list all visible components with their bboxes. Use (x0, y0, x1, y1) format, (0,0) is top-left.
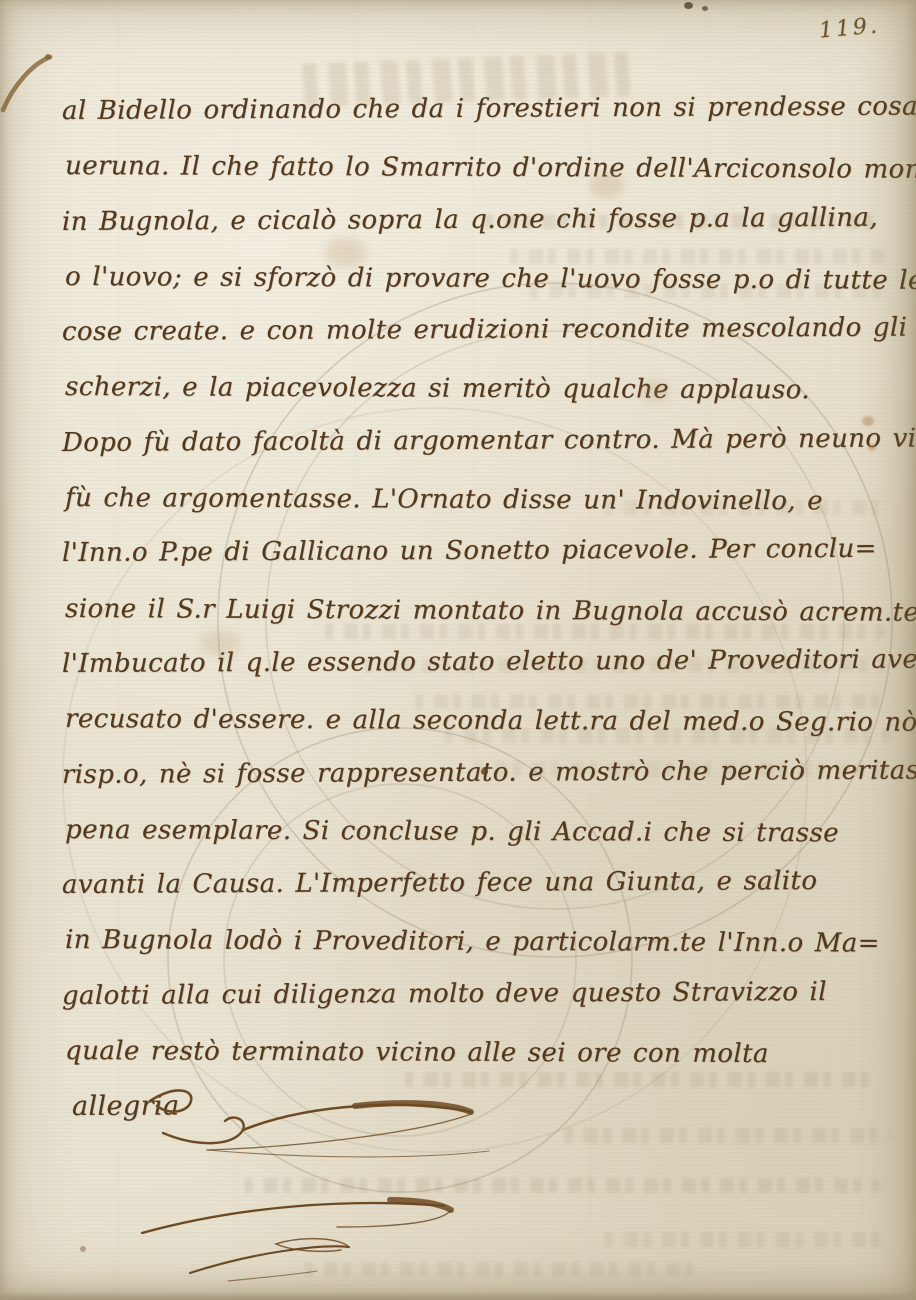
manuscript-line: sione il S.r Luigi Strozzi montato in Bu… (65, 594, 897, 653)
manuscript-line: ueruna. Il che fatto lo Smarrito d'ordin… (65, 151, 897, 210)
show-through-ghost-line (600, 1232, 890, 1247)
manuscript-line: l'Imbucato il q.le essendo stato eletto … (62, 645, 894, 705)
top-left-pen-mark (3, 57, 50, 110)
manuscript-line: in Bugnola, e cicalò sopra la q.one chi … (62, 202, 894, 262)
manuscript-line: Dopo fù dato facoltà di argomentar contr… (62, 423, 894, 483)
manuscript-line: cose create. e con molte erudizioni reco… (62, 313, 894, 373)
manuscript-line: quale restò terminato vicino alle sei or… (65, 1036, 897, 1095)
manuscript-line: avanti la Causa. L'Imperfetto fece una G… (62, 866, 894, 926)
manuscript-line: al Bidello ordinando che da i forestieri… (62, 92, 894, 152)
manuscript-line: in Bugnola lodò i Proveditori, e partico… (65, 925, 897, 984)
long-swash-middle (142, 1203, 444, 1233)
manuscript-line: o l'uovo; e si sforzò di provare che l'u… (65, 262, 897, 321)
manuscript-line: allegria (72, 1087, 894, 1147)
manuscript-line: pena esemplare. Si concluse p. gli Accad… (65, 815, 897, 874)
small-swash-bottom (190, 1246, 349, 1273)
manuscript-page: 119. al Bidello ordinando che da i fores… (0, 0, 916, 1300)
ink-speck (702, 6, 708, 11)
show-through-ghost-line (300, 1262, 700, 1277)
ink-speck (684, 2, 693, 9)
show-through-ghost-line (240, 1178, 880, 1193)
manuscript-line: recusato d'essere. e alla seconda lett.r… (65, 704, 897, 763)
manuscript-line: scherzi, e la piacevolezza si meritò qua… (65, 372, 897, 431)
ink-speck (80, 1246, 86, 1252)
manuscript-line: l'Inn.o P.pe di Gallicano un Sonetto pia… (62, 534, 894, 594)
manuscript-line: fù che argomentasse. L'Ornato disse un' … (65, 483, 897, 542)
page-bottom-edge (0, 1292, 916, 1300)
manuscript-line: galotti alla cui diligenza molto deve qu… (62, 976, 894, 1036)
page-number: 119. (818, 13, 881, 43)
manuscript-text-block: al Bidello ordinando che da i forestieri… (62, 96, 894, 1147)
manuscript-line: risp.o, nè si fosse rappresentato. e mos… (62, 755, 894, 815)
